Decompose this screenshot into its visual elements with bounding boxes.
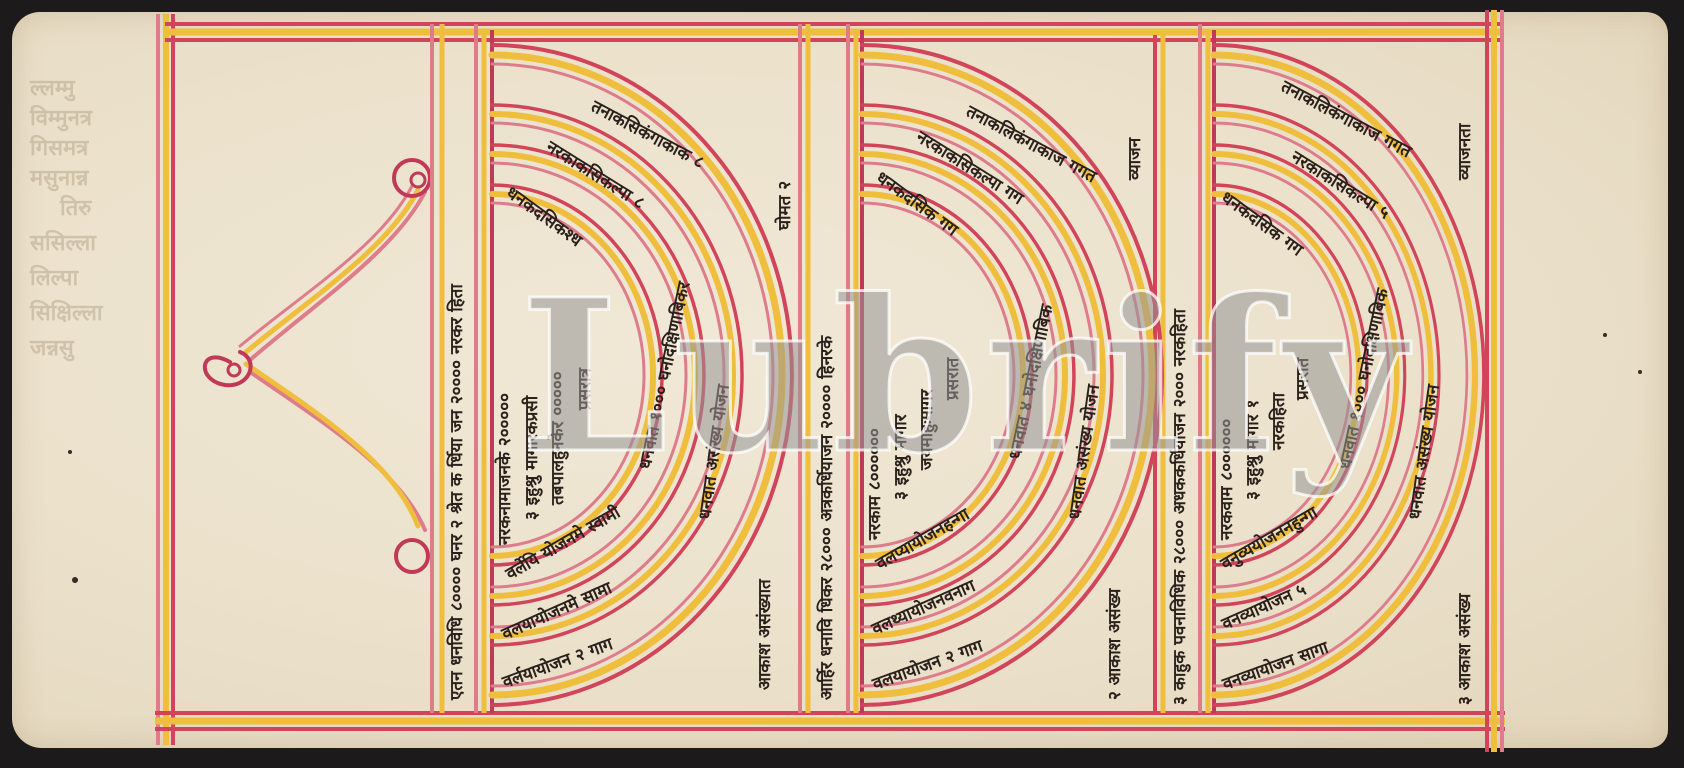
svg-text:२ आकाश असंख्य: २ आकाश असंख्य	[1105, 588, 1125, 700]
svg-text:वलप्यायोजनहन्गा: वलप्यायोजनहन्गा	[871, 504, 973, 575]
svg-text:व्याजनता: व्याजनता	[1455, 123, 1475, 181]
svg-text:एतन धनविधि ८०००० घनर २ श्रेत क: एतन धनविधि ८०००० घनर २ श्रेत क र्धिया जन…	[446, 284, 467, 701]
svg-text:व्याजन: व्याजन	[1125, 137, 1145, 181]
svg-text:मसुनान्न: मसुनान्न	[29, 165, 90, 192]
svg-text:गिसमत्र: गिसमत्र	[29, 134, 89, 161]
svg-text:नरकनामाजनके २०००००: नरकनामाजनके २०००००	[494, 393, 515, 546]
manuscript-diagram: ल्लम्मु विम्मुनत्र गिसमत्र मसुनान्न तिरु…	[0, 0, 1684, 768]
manuscript-photo: ल्लम्मु विम्मुनत्र गिसमत्र मसुनान्न तिरु…	[0, 0, 1684, 768]
svg-text:ससिल्ला: ससिल्ला	[29, 229, 97, 256]
svg-text:विम्मुनत्र: विम्मुनत्र	[29, 104, 93, 132]
svg-text:आकाश असंख्यात: आकाश असंख्यात	[755, 578, 775, 690]
bleed-through-text: ल्लम्मु विम्मुनत्र गिसमत्र मसुनान्न तिरु…	[29, 75, 104, 362]
watermark-text: Lubrify	[520, 253, 1412, 500]
svg-text:घोमत २: घोमत २	[774, 181, 795, 231]
svg-text:तिरु: तिरु	[59, 194, 92, 221]
svg-text:जन्नसु: जन्नसु	[29, 335, 75, 362]
svg-text:सिक्षिल्ला: सिक्षिल्ला	[29, 299, 104, 326]
svg-text:३ आकाश असंख्य: ३ आकाश असंख्य	[1455, 593, 1475, 705]
scroll-ornament	[205, 160, 430, 572]
svg-text:लिल्पा: लिल्पा	[29, 264, 80, 291]
svg-text:ल्लम्मु: ल्लम्मु	[29, 75, 76, 102]
